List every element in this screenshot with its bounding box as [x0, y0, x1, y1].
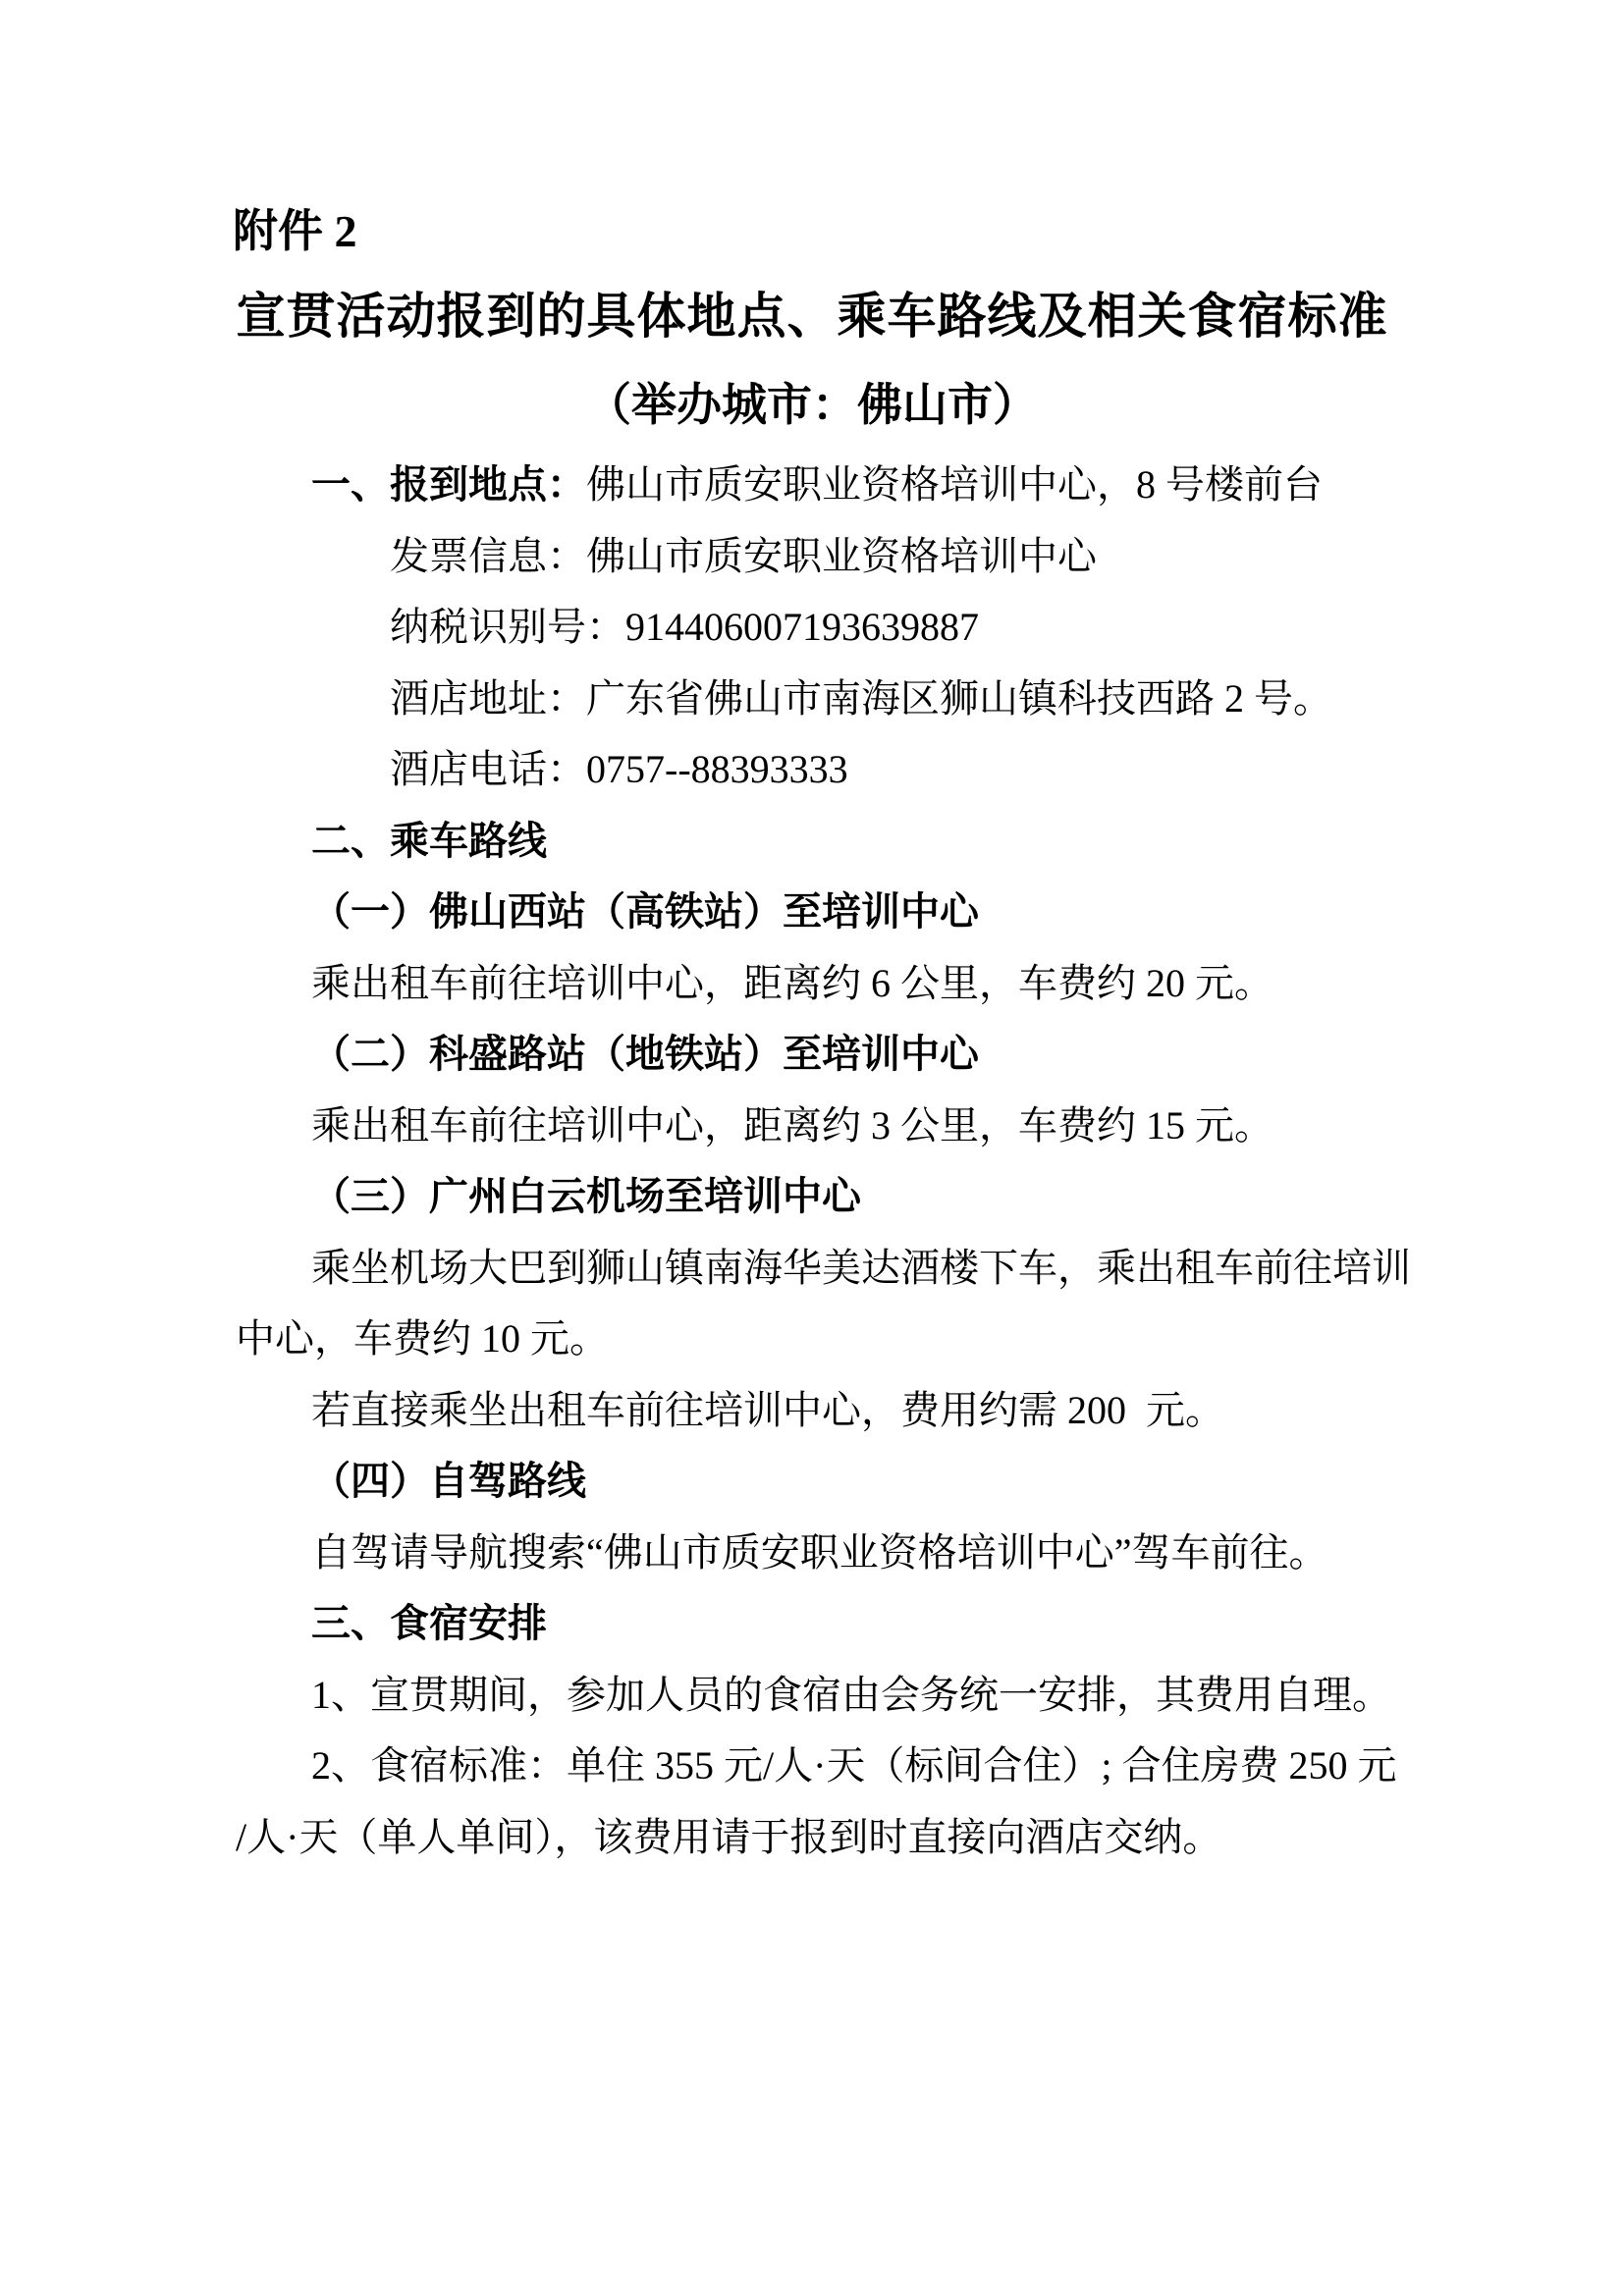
- tax-id-line: 纳税识别号：914406007193639887: [236, 592, 1414, 664]
- route3-heading-line: （三）广州白云机场至培训中心: [236, 1161, 1414, 1233]
- meal-item2-line1: 2、食宿标准：单住 355 元/人·天（标间合住）; 合住房费 250 元: [236, 1731, 1414, 1802]
- route4-heading: （四）自驾路线: [311, 1459, 586, 1503]
- route3-detail-text1: 乘坐机场大巴到狮山镇南海华美达酒楼下车，乘出租车前往培训: [311, 1246, 1411, 1290]
- document-body: 一、报到地点：佛山市质安职业资格培训中心，8 号楼前台 发票信息：佛山市质安职业…: [236, 450, 1414, 1873]
- section3-heading: 三、食宿安排: [311, 1602, 547, 1645]
- route4-detail-text: 自驾请导航搜索“佛山市质安职业资格培训中心”驾车前往。: [311, 1530, 1328, 1575]
- section3-heading-line: 三、食宿安排: [236, 1588, 1414, 1660]
- invoice-info-line: 发票信息：佛山市质安职业资格培训中心: [236, 521, 1414, 593]
- meal-item2-text1: 2、食宿标准：单住 355 元/人·天（标间合住）; 合住房费 250 元: [311, 1743, 1397, 1788]
- route3-taxi-note-text: 若直接乘坐出租车前往培训中心，费用约需 200 元。: [311, 1388, 1224, 1432]
- meal-item1-text: 1、宣贯期间，参加人员的食宿由会务统一安排，其费用自理。: [311, 1673, 1391, 1717]
- meal-item2-text2: /人·天（单人单间），该费用请于报到时直接向酒店交纳。: [236, 1815, 1221, 1859]
- route2-heading-line: （二）科盛路站（地铁站）至培训中心: [236, 1019, 1414, 1091]
- invoice-info-text: 发票信息：佛山市质安职业资格培训中心: [390, 534, 1097, 578]
- hotel-phone-line: 酒店电话：0757--88393333: [236, 734, 1414, 806]
- route3-taxi-note-line: 若直接乘坐出租车前往培训中心，费用约需 200 元。: [236, 1375, 1414, 1447]
- registration-location-value: 佛山市质安职业资格培训中心，8 号楼前台: [586, 462, 1323, 507]
- section2-heading: 二、乘车路线: [311, 820, 547, 863]
- route4-heading-line: （四）自驾路线: [236, 1446, 1414, 1518]
- section2-heading-line: 二、乘车路线: [236, 806, 1414, 878]
- route1-heading-line: （一）佛山西站（高铁站）至培训中心: [236, 877, 1414, 948]
- registration-location-line: 一、报到地点：佛山市质安职业资格培训中心，8 号楼前台: [236, 450, 1414, 521]
- attachment-label: 附件 2: [233, 197, 357, 266]
- hotel-address-line: 酒店地址：广东省佛山市南海区狮山镇科技西路 2 号。: [236, 664, 1414, 735]
- route1-detail-line: 乘出租车前往培训中心，距离约 6 公里，车费约 20 元。: [236, 948, 1414, 1020]
- meal-item1-line: 1、宣贯期间，参加人员的食宿由会务统一安排，其费用自理。: [236, 1660, 1414, 1732]
- section1-heading: 一、报到地点：: [311, 463, 586, 507]
- route3-detail-line1: 乘坐机场大巴到狮山镇南海华美达酒楼下车，乘出租车前往培训: [236, 1233, 1414, 1305]
- route3-heading: （三）广州白云机场至培训中心: [311, 1174, 861, 1218]
- document-page: 附件 2 宣贯活动报到的具体地点、乘车路线及相关食宿标准 （举办城市：佛山市） …: [0, 0, 1624, 2296]
- route1-detail-text: 乘出租车前往培训中心，距离约 6 公里，车费约 20 元。: [311, 961, 1273, 1005]
- hotel-address-text: 酒店地址：广东省佛山市南海区狮山镇科技西路 2 号。: [390, 676, 1332, 721]
- route3-detail-text2: 中心，车费约 10 元。: [236, 1316, 609, 1361]
- route2-detail-text: 乘出租车前往培训中心，距离约 3 公里，车费约 15 元。: [311, 1103, 1273, 1148]
- route1-heading: （一）佛山西站（高铁站）至培训中心: [311, 889, 979, 934]
- meal-item2-line2: /人·天（单人单间），该费用请于报到时直接向酒店交纳。: [236, 1802, 1414, 1874]
- route3-detail-line2: 中心，车费约 10 元。: [236, 1304, 1414, 1375]
- route4-detail-line: 自驾请导航搜索“佛山市质安职业资格培训中心”驾车前往。: [236, 1518, 1414, 1589]
- hotel-phone-text: 酒店电话：0757--88393333: [390, 747, 848, 791]
- page-title: 宣贯活动报到的具体地点、乘车路线及相关食宿标准: [0, 282, 1624, 350]
- tax-id-text: 纳税识别号：914406007193639887: [390, 605, 979, 649]
- route2-heading: （二）科盛路站（地铁站）至培训中心: [311, 1032, 979, 1076]
- page-subtitle: （举办城市：佛山市）: [0, 371, 1624, 440]
- route2-detail-line: 乘出租车前往培训中心，距离约 3 公里，车费约 15 元。: [236, 1091, 1414, 1162]
